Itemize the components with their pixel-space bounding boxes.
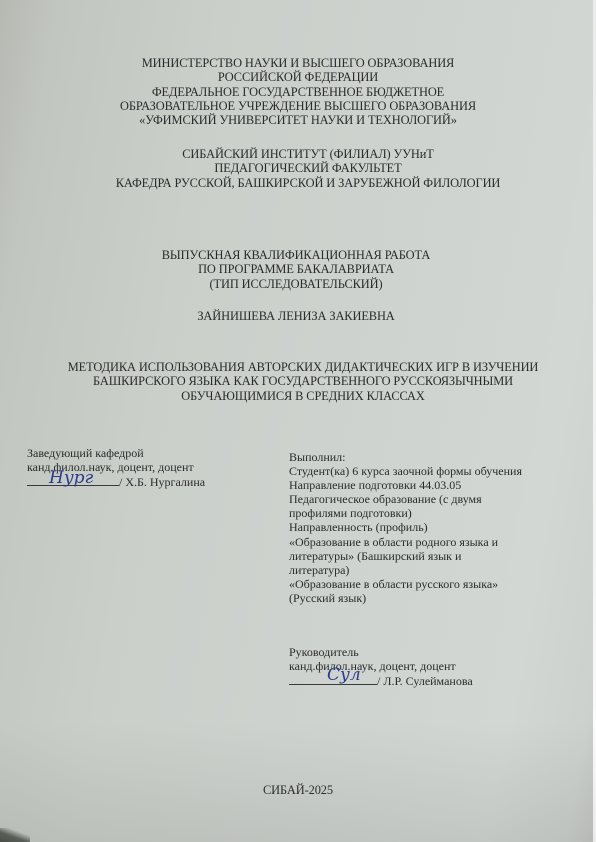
ministry-line: ОБРАЗОВАТЕЛЬНОЕ УЧРЕЖДЕНИЕ ВЫСШЕГО ОБРАЗ…	[0, 99, 596, 113]
completed-by-line: Студент(ка) 6 курса заочной формы обучен…	[289, 464, 522, 478]
corner-shadow	[0, 828, 30, 842]
supervisor-signature-row: Сул / Л.Р. Сулейманова	[289, 673, 473, 688]
institute-header: СИБАЙСКИЙ ИНСТИТУТ (ФИЛИАЛ) УУНиТ ПЕДАГО…	[10, 147, 596, 190]
hod-signature-row: Нург / Х.Б. Нургалина	[27, 474, 205, 489]
supervisor-degree: канд.филол.наук, доцент, доцент	[289, 659, 473, 673]
completed-by-line: Направленность (профиль)	[289, 520, 522, 534]
document-page: МИНИСТЕРСТВО НАУКИ И ВЫСШЕГО ОБРАЗОВАНИЯ…	[0, 0, 596, 842]
work-type-line: ВЫПУСКНАЯ КВАЛИФИКАЦИОННАЯ РАБОТА	[0, 248, 594, 262]
completed-by-line: Педагогическое образование (с двумя	[289, 492, 522, 506]
supervisor-block: Руководитель канд.филол.наук, доцент, до…	[289, 645, 473, 688]
institute-line: КАФЕДРА РУССКОЙ, БАШКИРСКОЙ И ЗАРУБЕЖНОЙ…	[10, 176, 596, 190]
hod-signature: Нург	[49, 470, 93, 487]
ministry-line: ФЕДЕРАЛЬНОЕ ГОСУДАРСТВЕННОЕ БЮДЖЕТНОЕ	[0, 85, 596, 99]
supervisor-name: / Л.Р. Сулейманова	[377, 674, 473, 688]
completed-by-label: Выполнил:	[289, 450, 522, 464]
city-year: СИБАЙ-2025	[0, 783, 596, 797]
title-line: БАШКИРСКОГО ЯЗЫКА КАК ГОСУДАРСТВЕННОГО Р…	[5, 374, 596, 388]
completed-by-line: (Русский язык)	[289, 591, 522, 605]
work-type: ВЫПУСКНАЯ КВАЛИФИКАЦИОННАЯ РАБОТА ПО ПРО…	[0, 248, 594, 291]
supervisor-signature-line: Сул	[289, 673, 377, 685]
ministry-line: «УФИМСКИЙ УНИВЕРСИТЕТ НАУКИ И ТЕХНОЛОГИЙ…	[0, 113, 596, 127]
completed-by-line: профилями подготовки)	[289, 506, 522, 520]
supervisor-role: Руководитель	[289, 645, 473, 659]
author-name: ЗАЙНИШЕВА ЛЕНИЗА ЗАКИЕВНА	[0, 309, 594, 323]
completed-by-line: «Образование в области родного языка и	[289, 535, 522, 549]
completed-by-line: Направление подготовки 44.03.05	[289, 478, 522, 492]
hod-role: Заведующий кафедрой	[27, 446, 205, 460]
completed-by-line: «Образование в области русского языка»	[289, 577, 522, 591]
ministry-header: МИНИСТЕРСТВО НАУКИ И ВЫСШЕГО ОБРАЗОВАНИЯ…	[0, 56, 596, 127]
completed-by-line: литературы» (Башкирский язык и	[289, 549, 522, 563]
completed-by-block: Выполнил: Студент(ка) 6 курса заочной фо…	[289, 450, 522, 605]
institute-line: СИБАЙСКИЙ ИНСТИТУТ (ФИЛИАЛ) УУНиТ	[10, 147, 596, 161]
work-type-line: ПО ПРОГРАММЕ БАКАЛАВРИАТА	[0, 262, 594, 276]
work-type-line: (ТИП ИССЛЕДОВАТЕЛЬСКИЙ)	[0, 277, 594, 291]
hod-signature-line: Нург	[27, 474, 119, 486]
hod-name: / Х.Б. Нургалина	[119, 475, 205, 489]
ministry-line: РОССИЙСКОЙ ФЕДЕРАЦИИ	[0, 70, 596, 84]
institute-line: ПЕДАГОГИЧЕСКИЙ ФАКУЛЬТЕТ	[10, 161, 596, 175]
title-line: ОБУЧАЮЩИМИСЯ В СРЕДНИХ КЛАССАХ	[5, 389, 596, 403]
ministry-line: МИНИСТЕРСТВО НАУКИ И ВЫСШЕГО ОБРАЗОВАНИЯ	[0, 56, 596, 70]
title-line: МЕТОДИКА ИСПОЛЬЗОВАНИЯ АВТОРСКИХ ДИДАКТИ…	[5, 360, 596, 374]
completed-by-line: литература)	[289, 563, 522, 577]
supervisor-signature: Сул	[327, 667, 361, 684]
head-of-department-block: Заведующий кафедрой канд.филол.наук, доц…	[27, 446, 205, 489]
thesis-title: МЕТОДИКА ИСПОЛЬЗОВАНИЯ АВТОРСКИХ ДИДАКТИ…	[5, 360, 596, 403]
